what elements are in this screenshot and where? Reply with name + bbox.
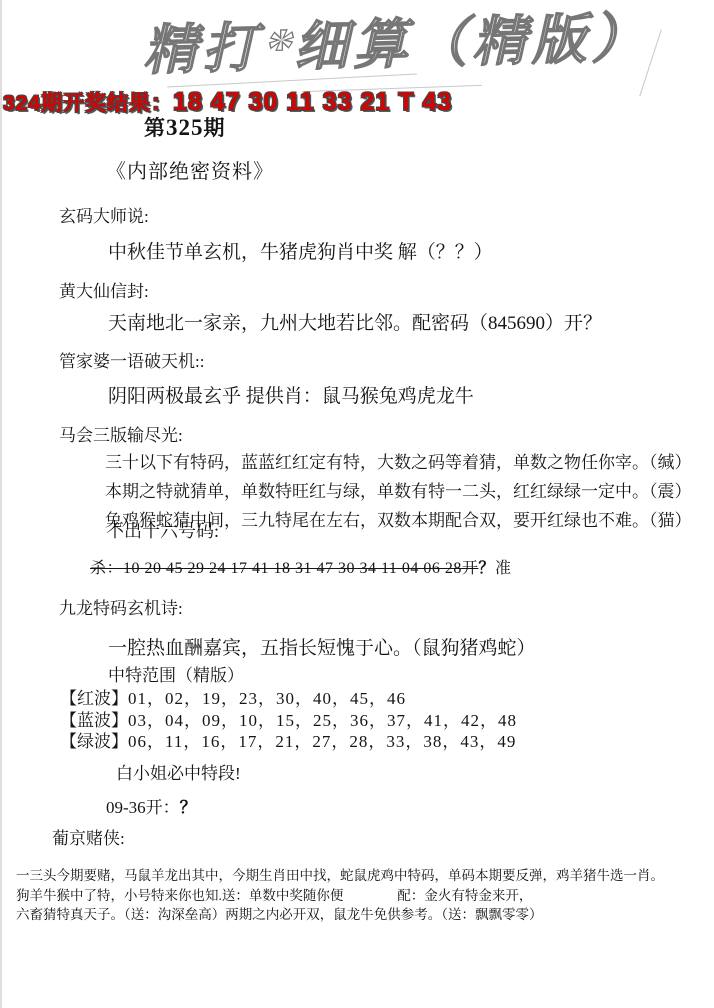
footer-verse-line: 六畜猜特真天子。（送：沟深垒高）两期之内必开双，鼠龙牛免供参考。（送：飘飘零零） [16,905,664,925]
excluded-numbers-heading: 不出十六号码: [106,517,219,543]
green-wave-label: 【绿波】 [60,732,128,751]
footer-verse: 一三头今期要赌，马鼠羊龙出其中，今期生肖田中找，蛇鼠虎鸡中特码，单码本期要反弹，… [16,866,664,925]
issue-suffix: 期 [204,116,226,140]
killed-numbers-tail: 准 [495,560,512,577]
section-heading-pujing: 葡京赌侠: [52,824,125,849]
mahui-verse-line: 三十以下有特码，蓝蓝红红定有特，大数之码等着猜，单数之物任你宰。（缄） [105,448,692,477]
huangdaxian-tip-line: 天南地北一家亲，九州大地若比邻。配密码（845690）开？ [108,308,602,335]
mahui-verse-line: 本期之特就猜单，单数特旺红与绿，单数有特一二头，红红绿绿一定中。（震） [105,477,692,506]
issue-number: 第325期 [144,112,226,142]
wave-number-list: 【红波】01，02，19，23，30，40，45，46 【蓝波】03，04，09… [60,688,517,753]
killed-numbers-struck: 杀：10 20 45 29 24 17 41 18 31 47 30 34 11… [90,560,478,577]
previous-draw-result: 324期开奖结果：18 47 30 11 33 21 T 43 [3,87,452,117]
footer-verse-line: 一三头今期要赌，马鼠羊龙出其中，今期生肖田中找，蛇鼠虎鸡中特码，单码本期要反弹，… [16,866,664,886]
blue-wave-row: 【蓝波】03，04，09，10，15，25，36，37，41，42，48 [60,710,517,732]
killed-numbers-question: ？ [478,560,495,577]
green-wave-numbers: 06，11，16，17，21，27，28，33，38，43，49 [128,732,516,751]
green-wave-row: 【绿波】06，11，16，17，21，27，28，33，38，43，49 [60,731,517,753]
section-heading-guanjiapo: 管家婆一语破天机:: [59,347,204,372]
section-heading-mahui: 马会三版输尽光: [59,421,183,446]
section-heading-huangdaxian: 黄大仙信封: [59,277,149,302]
killed-numbers-line: 杀：10 20 45 29 24 17 41 18 31 47 30 34 11… [90,555,511,578]
footer-verse-line: 狗羊牛猴中了特，小号特来你也知.送：单数中奖随你便 配：金火有特金来开， [16,886,664,906]
segment-range: 09-36 [106,798,146,817]
section-heading-master: 玄码大师说: [59,202,149,227]
baixiaojie-line: 白小姐必中特段! [116,759,241,784]
blue-wave-label: 【蓝波】 [60,711,128,730]
jiulong-poem-line: 一腔热血酬嘉宾，五指长短愧于心。（鼠狗猪鸡蛇） [108,633,536,660]
red-wave-numbers: 01，02，19，23，30，40，45，46 [128,689,406,708]
sketch-title: 精打*细算（精版） [140,0,664,85]
red-wave-row: 【红波】01，02，19，23，30，40，45，46 [60,688,517,710]
issue-prefix: 第 [144,116,166,140]
master-tip-line: 中秋佳节单玄机，牛猪虎狗肖中奖 解（？？） [108,237,493,264]
segment-result-line: 09-36开：？ [106,793,197,818]
page-subtitle: 《内部绝密资料》 [106,155,274,184]
blue-wave-numbers: 03，04，09，10，15，25，36，37，41，42，48 [128,711,517,730]
section-heading-jiulong: 九龙特码玄机诗: [59,594,183,619]
issue-value: 325 [166,115,204,140]
guanjiapo-tip-line: 阴阳两极最玄乎 提供肖：鼠马猴兔鸡虎龙牛 [108,381,474,408]
special-range-label: 中特范围（精版） [108,661,244,686]
segment-open-label: 开： [146,798,180,817]
lottery-tip-sheet-page: 精打*细算（精版） 324期开奖结果：18 47 30 11 33 21 T 4… [0,0,714,1008]
red-wave-label: 【红波】 [60,689,128,708]
segment-question: ？ [180,798,197,817]
